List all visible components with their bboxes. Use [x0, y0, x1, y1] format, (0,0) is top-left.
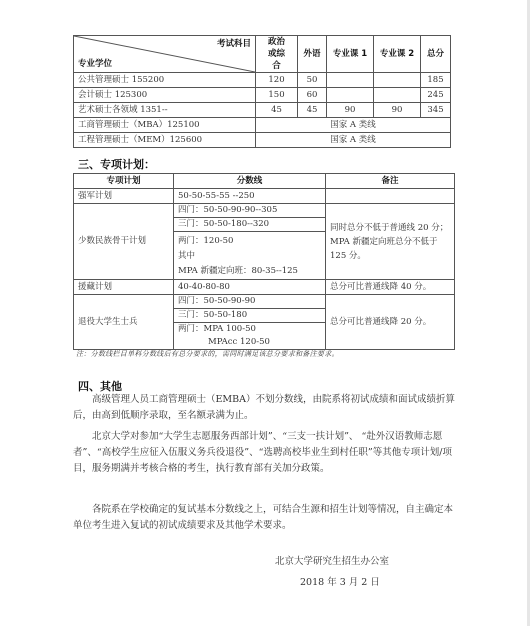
score-line: 50-50-55-55 --250 — [174, 189, 326, 204]
header-total: 总分 — [421, 36, 451, 73]
language-score: 45 — [298, 103, 327, 118]
table-row: 工商管理硕士（MBA）125100 国家 A 类线 — [74, 118, 451, 133]
header-degree-label: 专业学位 — [78, 58, 112, 70]
paragraph-emba: 高级管理人员工商管理硕士（EMBA）不划分数线，由院系将初试成绩和面试成绩折算后… — [73, 392, 458, 424]
score-line: 四门：50-50-90-90--305 — [174, 204, 326, 218]
score-line: 40-40-80-80 — [174, 280, 326, 295]
special-plan-table: 专项计划 分数线 备注 强军计划 50-50-55-55 --250 少数民族骨… — [73, 173, 455, 350]
score-line: 三门：50-50-180 — [174, 309, 326, 323]
degree-name: 工程管理硕士（MEM）125600 — [74, 133, 256, 148]
table-row: 少数民族骨干计划 四门：50-50-90-90--305 同时总分不低于普通线 … — [74, 204, 455, 218]
degree-name: 工商管理硕士（MBA）125100 — [74, 118, 256, 133]
signature-office: 北京大学研究生招生办公室 — [275, 553, 389, 567]
diagonal-header-cell: 考试科目 专业学位 — [74, 36, 256, 73]
plan-name: 强军计划 — [74, 189, 174, 204]
table-header-row: 考试科目 专业学位 政治或综合 外语 专业课 1 专业课 2 总分 — [74, 36, 451, 73]
plan-note: 总分可比普通线降 20 分。 — [326, 295, 455, 350]
paragraph-department-requirements: 各院系在学校确定的复试基本分数线之上，可结合生源和招生计划等情况，自主确定本单位… — [73, 502, 458, 534]
plan-name: 少数民族骨干计划 — [74, 204, 174, 280]
total-score: 185 — [421, 73, 451, 88]
language-score: 60 — [298, 88, 327, 103]
header-score: 分数线 — [174, 174, 326, 189]
table-row: 会计硕士 125300 150 60 245 — [74, 88, 451, 103]
score-line-group: 两门：MPA 100-50 MPAcc 120-50 — [174, 323, 326, 350]
score-line: 其中 — [178, 249, 321, 264]
course2-score: 90 — [374, 103, 421, 118]
plan-note: 同时总分不低于普通线 20 分；MPA 新疆定向班总分不低于 125 分。 — [326, 204, 455, 280]
table-row: 公共管理硕士 155200 120 50 185 — [74, 73, 451, 88]
politics-score: 120 — [256, 73, 298, 88]
header-course2: 专业课 2 — [374, 36, 421, 73]
score-line-group: 两门：120-50 其中 MPA 新疆定向班：80-35--125 — [174, 232, 326, 280]
table-row: 强军计划 50-50-55-55 --250 — [74, 189, 455, 204]
course1-score — [327, 73, 374, 88]
header-subject-label: 考试科目 — [217, 38, 251, 50]
total-score: 345 — [421, 103, 451, 118]
plan-name: 退役大学生士兵 — [74, 295, 174, 350]
table-row: 艺术硕士各领域 1351-- 45 45 90 90 345 — [74, 103, 451, 118]
header-note: 备注 — [326, 174, 455, 189]
score-line: MPAcc 120-50 — [178, 336, 321, 349]
header-language: 外语 — [298, 36, 327, 73]
professional-degree-score-table: 考试科目 专业学位 政治或综合 外语 专业课 1 专业课 2 总分 公共管理硕士… — [73, 35, 451, 148]
table-row: 工程管理硕士（MEM）125600 国家 A 类线 — [74, 133, 451, 148]
plan-note — [326, 189, 455, 204]
course2-score — [374, 88, 421, 103]
header-course1: 专业课 1 — [327, 36, 374, 73]
language-score: 50 — [298, 73, 327, 88]
course1-score: 90 — [327, 103, 374, 118]
politics-score: 45 — [256, 103, 298, 118]
score-line: 三门：50-50-180--320 — [174, 218, 326, 232]
table-footnote: 注：分数线栏目单科分数线后有总分要求的，需同时满足该总分要求和备注要求。 — [76, 349, 339, 359]
course2-score — [374, 73, 421, 88]
politics-score: 150 — [256, 88, 298, 103]
signature-date: 2018 年 3 月 2 日 — [300, 574, 380, 588]
section3-title: 三、专项计划： — [78, 156, 155, 172]
table-row: 援藏计划 40-40-80-80 总分可比普通线降 40 分。 — [74, 280, 455, 295]
total-score: 245 — [421, 88, 451, 103]
degree-name: 公共管理硕士 155200 — [74, 73, 256, 88]
header-plan: 专项计划 — [74, 174, 174, 189]
paragraph-bonus-policy: 北京大学对参加“大学生志愿服务西部计划”、“三支一扶计划”、 “赴外汉语教师志愿… — [73, 429, 458, 477]
plan-note: 总分可比普通线降 40 分。 — [326, 280, 455, 295]
plan-name: 援藏计划 — [74, 280, 174, 295]
degree-name: 艺术硕士各领域 1351-- — [74, 103, 256, 118]
national-line-cell: 国家 A 类线 — [256, 118, 451, 133]
score-line: MPA 新疆定向班：80-35--125 — [178, 264, 321, 279]
table-header-row: 专项计划 分数线 备注 — [74, 174, 455, 189]
course1-score — [327, 88, 374, 103]
score-line: 四门：50-50-90-90 — [174, 295, 326, 309]
score-line: 两门：MPA 100-50 — [178, 323, 321, 336]
table-row: 退役大学生士兵 四门：50-50-90-90 总分可比普通线降 20 分。 — [74, 295, 455, 309]
degree-name: 会计硕士 125300 — [74, 88, 256, 103]
score-line: 两门：120-50 — [178, 234, 321, 249]
header-politics: 政治或综合 — [256, 36, 298, 73]
national-line-cell: 国家 A 类线 — [256, 133, 451, 148]
